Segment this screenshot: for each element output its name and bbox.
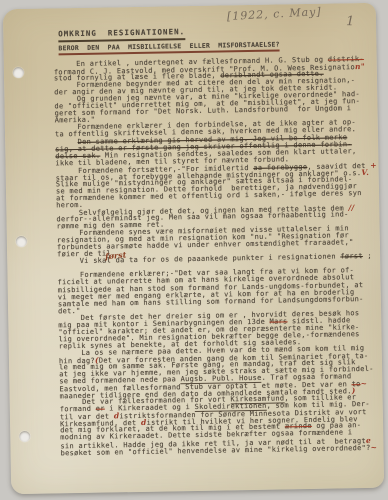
page-content: OMKRING RESIGNATIONEN. BEROR DEN PAA MIS… bbox=[3, 3, 384, 494]
scan-background: OMKRING RESIGNATIONEN. BEROR DEN PAA MIS… bbox=[0, 0, 388, 500]
date-annotation: [1922, c. May] bbox=[227, 5, 322, 23]
annotations-layer: [1922, c. May]1først bbox=[3, 3, 384, 494]
document-page: OMKRING RESIGNATIONEN. BEROR DEN PAA MIS… bbox=[3, 3, 384, 494]
page-number-mark: 1 bbox=[346, 14, 356, 29]
handwritten-insertion: først bbox=[105, 249, 127, 261]
